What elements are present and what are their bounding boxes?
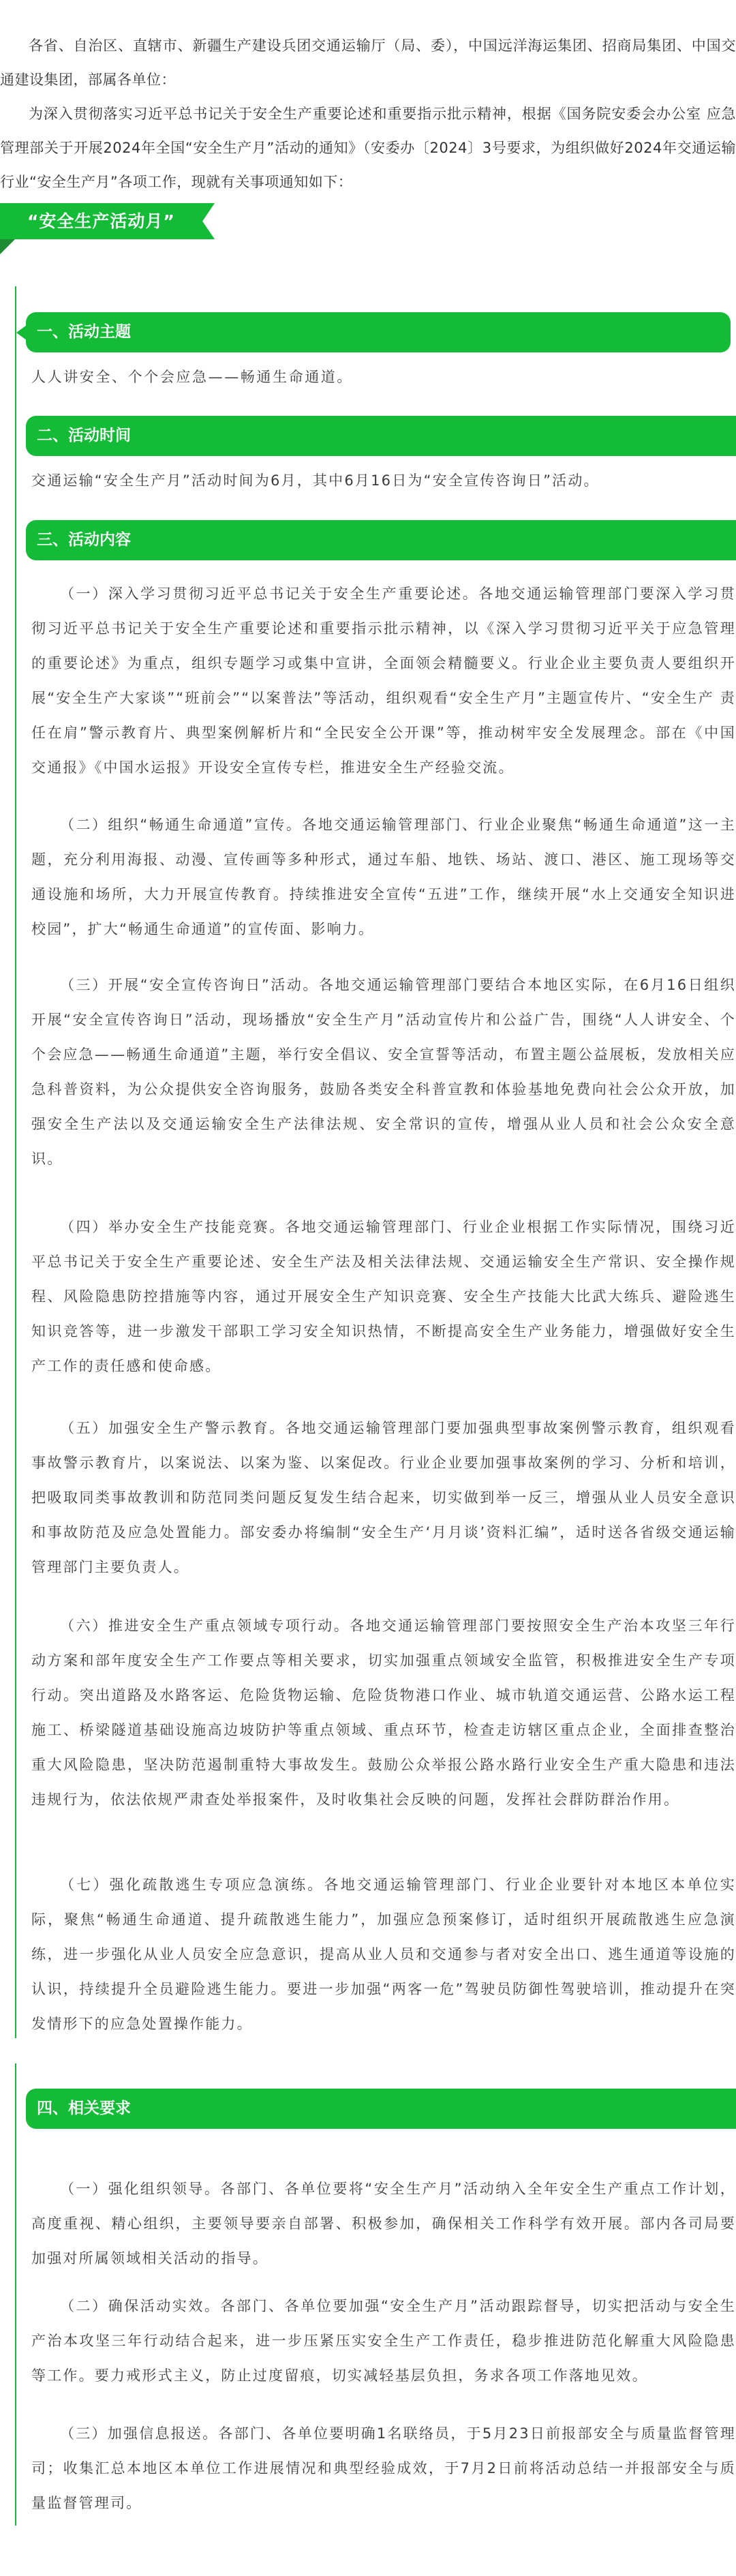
content-item-3: （三）开展“安全宣传咨询日”活动。各地交通运输管理部门要结合本地区实际，在6月1… [31,968,736,1177]
timeline-line-upper [15,286,16,2038]
section-heading-time: 二、活动时间 [26,416,736,456]
content-item-7: （七）强化疏散逃生专项应急演练。各地交通运输管理部门、行业企业要针对本地区本单位… [31,1868,736,2042]
section-pointer-icon [16,325,27,340]
salutation-text: 各省、自治区、直辖市、新疆生产建设兵团交通运输厅（局、委），中国远洋海运集团、招… [0,29,736,97]
content-item-2: （二）组织“畅通生命通道”宣传。各地交通运输管理部门、行业企业聚焦“畅通生命通道… [31,808,736,947]
section-time-text: 交通运输“安全生产月”活动时间为6月，其中6月16日为“安全宣传咨询日”活动。 [31,464,736,498]
content-item-1: （一）深入学习贯彻习近平总书记关于安全生产重要论述。各地交通运输管理部门要深入学… [31,577,736,785]
timeline-line-lower [15,2063,16,2526]
content-item-5: （五）加强安全生产警示教育。各地交通运输管理部门要加强典型事故案例警示教育，组织… [31,1411,736,1585]
intro-block: 各省、自治区、直辖市、新疆生产建设兵团交通运输厅（局、委），中国远洋海运集团、招… [0,29,736,199]
preamble-text: 为深入贯彻落实习近平总书记关于安全生产重要论述和重要指示批示精神，根据《国务院安… [0,97,736,199]
content-item-4: （四）举办安全生产技能竞赛。各地交通运输管理部门、行业企业根据工作实际情况，围绕… [31,1210,736,1384]
banner-title: “安全生产活动月” [27,203,175,239]
section-theme-text: 人人讲安全、个个会应急——畅通生命通道。 [31,360,736,395]
section-heading-theme: 一、活动主题 [26,312,731,352]
content-item-6: （六）推进安全生产重点领域专项行动。各地交通运输管理部门要按照安全生产治本攻坚三… [31,1609,736,1817]
section-heading-content: 三、活动内容 [26,520,736,560]
section-heading-requirements: 四、相关要求 [26,2089,736,2129]
requirement-item-3: （三）加强信息报送。各部门、各单位要明确1名联络员，于5月23日前报部安全与质量… [31,2416,736,2521]
requirement-item-2: （二）确保活动实效。各部门、各单位要加强“安全生产月”活动跟踪督导，切实把活动与… [31,2289,736,2393]
ribbon-banner: “安全生产活动月” [0,203,215,239]
ribbon-fold-decoration [0,239,15,254]
requirement-item-1: （一）强化组织领导。各部门、各单位要将“安全生产月”活动纳入全年安全生产重点工作… [31,2172,736,2276]
